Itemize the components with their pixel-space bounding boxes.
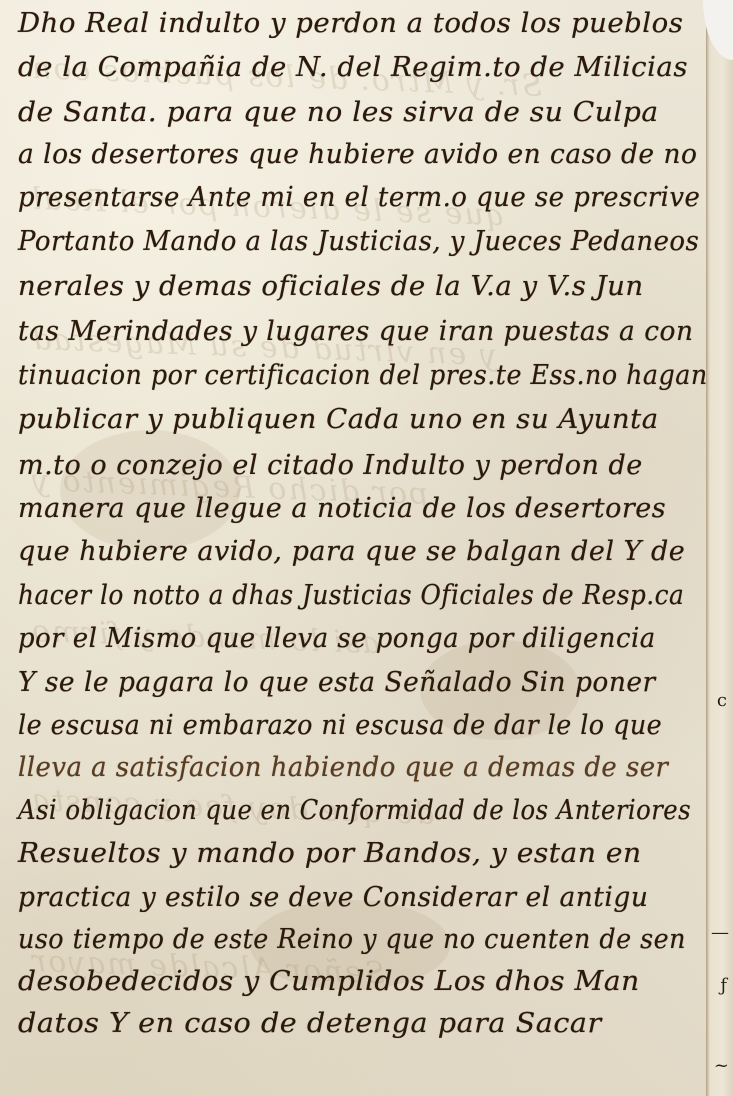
text-line: publicar y publiquen Cada uno en su Ayun… — [18, 404, 659, 435]
text-line: desobedecidos y Cumplidos Los dhos Man — [18, 966, 640, 997]
text-line: por el Mismo que lleva se ponga por dili… — [18, 623, 656, 654]
paper-stain — [60, 430, 240, 550]
text-line: hacer lo notto a dhas Justicias Oficiale… — [18, 580, 684, 611]
margin-mark: c — [717, 690, 727, 711]
text-line: practica y estilo se deve Considerar el … — [18, 882, 648, 913]
text-line: lleva a satisfacion habiendo que a demas… — [18, 752, 668, 783]
text-line: presentarse Ante mi en el term.o que se … — [18, 182, 700, 213]
text-line: Portanto Mando a las Justicias, y Jueces… — [18, 226, 699, 257]
text-line: a los desertores que hubiere avido en ca… — [18, 139, 697, 170]
text-line: de Santa. para que no les sirva de su Cu… — [18, 97, 659, 128]
text-line: nerales y demas oficiales de la V.a y V.… — [18, 271, 644, 302]
margin-mark: ~ — [714, 1055, 729, 1076]
margin-mark: ƒ — [720, 975, 727, 996]
text-line: Y se le pagara lo que esta Señalado Sin … — [18, 667, 656, 698]
text-line: tas Merindades y lugares que iran puesta… — [18, 316, 693, 347]
text-line: datos Y en caso de detenga para Sacar — [18, 1008, 602, 1039]
text-line: Resueltos y mando por Bandos, y estan en — [18, 838, 642, 869]
text-line: m.to o conzejo el citado Indulto y perdo… — [18, 450, 643, 481]
text-line: Asi obligacion que en Conformidad de los… — [18, 795, 691, 826]
text-line: le escusa ni embarazo ni escusa de dar l… — [18, 710, 662, 741]
text-line: uso tiempo de este Reino y que no cuente… — [18, 924, 686, 955]
manuscript-page: Sr. y Mtro. de los pueblos con que se le… — [0, 0, 733, 1096]
text-line: que hubiere avido, para que se balgan de… — [18, 536, 685, 567]
text-line: Dho Real indulto y perdon a todos los pu… — [18, 8, 683, 39]
text-line: tinuacion por certificacion del pres.te … — [18, 360, 708, 391]
margin-mark: — — [711, 922, 729, 943]
text-line: manera que llegue a noticia de los deser… — [18, 493, 666, 524]
text-line: de la Compañia de N. del Regim.to de Mil… — [18, 52, 688, 83]
